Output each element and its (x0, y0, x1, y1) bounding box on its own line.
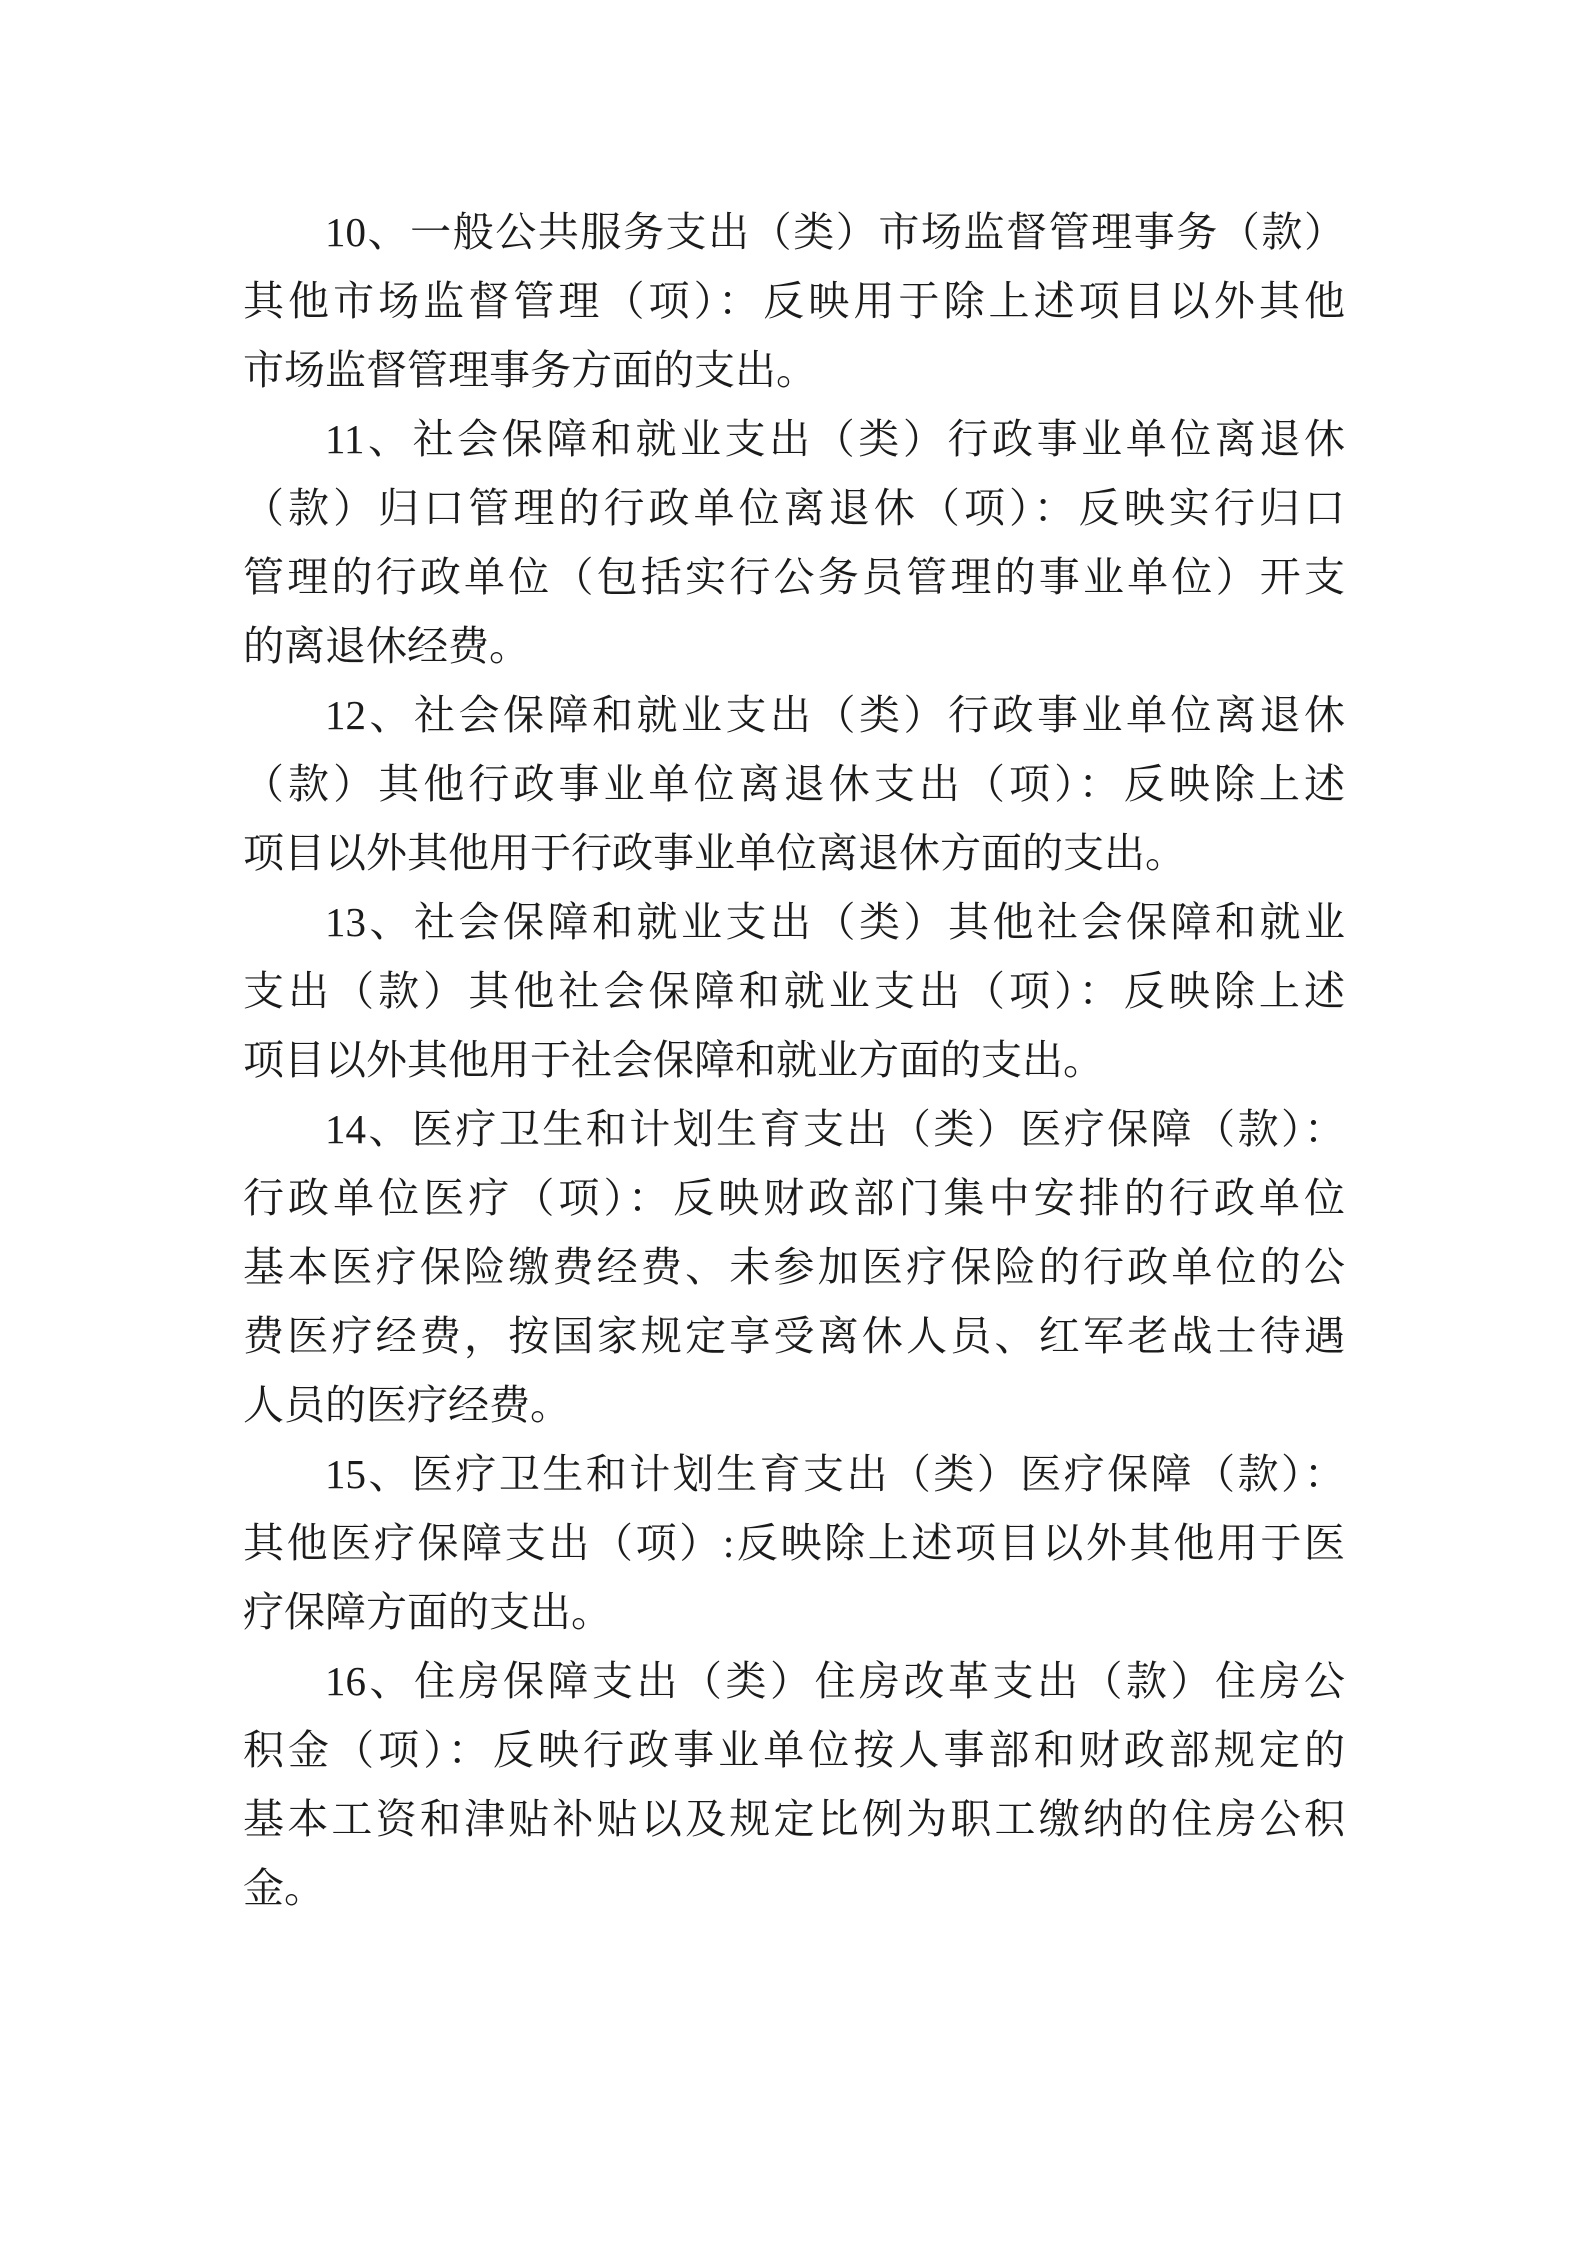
paragraph-line: 支出（款）其他社会保障和就业支出（项）：反映除上述 (243, 957, 1345, 1026)
paragraph-13: 13、社会保障和就业支出（类）其他社会保障和就业支出（款）其他社会保障和就业支出… (243, 888, 1345, 1095)
document-page: 10、一般公共服务支出（类）市场监督管理事务（款）其他市场监督管理（项）：反映用… (0, 0, 1587, 2245)
document-body: 10、一般公共服务支出（类）市场监督管理事务（款）其他市场监督管理（项）：反映用… (243, 198, 1345, 1923)
paragraph-line: 10、一般公共服务支出（类）市场监督管理事务（款） (243, 198, 1345, 267)
paragraph-line: 16、住房保障支出（类）住房改革支出（款）住房公 (243, 1647, 1345, 1716)
paragraph-line: （款）归口管理的行政单位离退休（项）：反映实行归口 (243, 474, 1345, 543)
paragraph-line: （款）其他行政事业单位离退休支出（项）：反映除上述 (243, 750, 1345, 819)
paragraph-line: 管理的行政单位（包括实行公务员管理的事业单位）开支 (243, 543, 1345, 612)
paragraph-11: 11、社会保障和就业支出（类）行政事业单位离退休（款）归口管理的行政单位离退休（… (243, 405, 1345, 681)
paragraph-line: 13、社会保障和就业支出（类）其他社会保障和就业 (243, 888, 1345, 957)
paragraph-line: 市场监督管理事务方面的支出。 (243, 336, 1345, 405)
paragraph-10: 10、一般公共服务支出（类）市场监督管理事务（款）其他市场监督管理（项）：反映用… (243, 198, 1345, 405)
paragraph-line: 基本工资和津贴补贴以及规定比例为职工缴纳的住房公积 (243, 1785, 1345, 1854)
paragraph-line: 14、医疗卫生和计划生育支出（类）医疗保障（款）： (243, 1095, 1345, 1164)
paragraph-15: 15、医疗卫生和计划生育支出（类）医疗保障（款）：其他医疗保障支出（项）:反映除… (243, 1440, 1345, 1647)
paragraph-line: 行政单位医疗（项）：反映财政部门集中安排的行政单位 (243, 1164, 1345, 1233)
paragraph-12: 12、社会保障和就业支出（类）行政事业单位离退休（款）其他行政事业单位离退休支出… (243, 681, 1345, 888)
paragraph-16: 16、住房保障支出（类）住房改革支出（款）住房公积金（项）：反映行政事业单位按人… (243, 1647, 1345, 1923)
paragraph-line: 项目以外其他用于社会保障和就业方面的支出。 (243, 1026, 1345, 1095)
paragraph-line: 12、社会保障和就业支出（类）行政事业单位离退休 (243, 681, 1345, 750)
paragraph-line: 基本医疗保险缴费经费、未参加医疗保险的行政单位的公 (243, 1233, 1345, 1302)
paragraph-line: 费医疗经费，按国家规定享受离休人员、红军老战士待遇 (243, 1302, 1345, 1371)
paragraph-line: 其他市场监督管理（项）：反映用于除上述项目以外其他 (243, 267, 1345, 336)
paragraph-line: 金。 (243, 1854, 1345, 1923)
paragraph-line: 11、社会保障和就业支出（类）行政事业单位离退休 (243, 405, 1345, 474)
paragraph-line: 15、医疗卫生和计划生育支出（类）医疗保障（款）： (243, 1440, 1345, 1509)
paragraph-line: 人员的医疗经费。 (243, 1371, 1345, 1440)
paragraph-line: 疗保障方面的支出。 (243, 1578, 1345, 1647)
paragraph-line: 其他医疗保障支出（项）:反映除上述项目以外其他用于医 (243, 1509, 1345, 1578)
paragraph-line: 的离退休经费。 (243, 612, 1345, 681)
paragraph-line: 积金（项）：反映行政事业单位按人事部和财政部规定的 (243, 1716, 1345, 1785)
paragraph-14: 14、医疗卫生和计划生育支出（类）医疗保障（款）：行政单位医疗（项）：反映财政部… (243, 1095, 1345, 1440)
paragraph-line: 项目以外其他用于行政事业单位离退休方面的支出。 (243, 819, 1345, 888)
